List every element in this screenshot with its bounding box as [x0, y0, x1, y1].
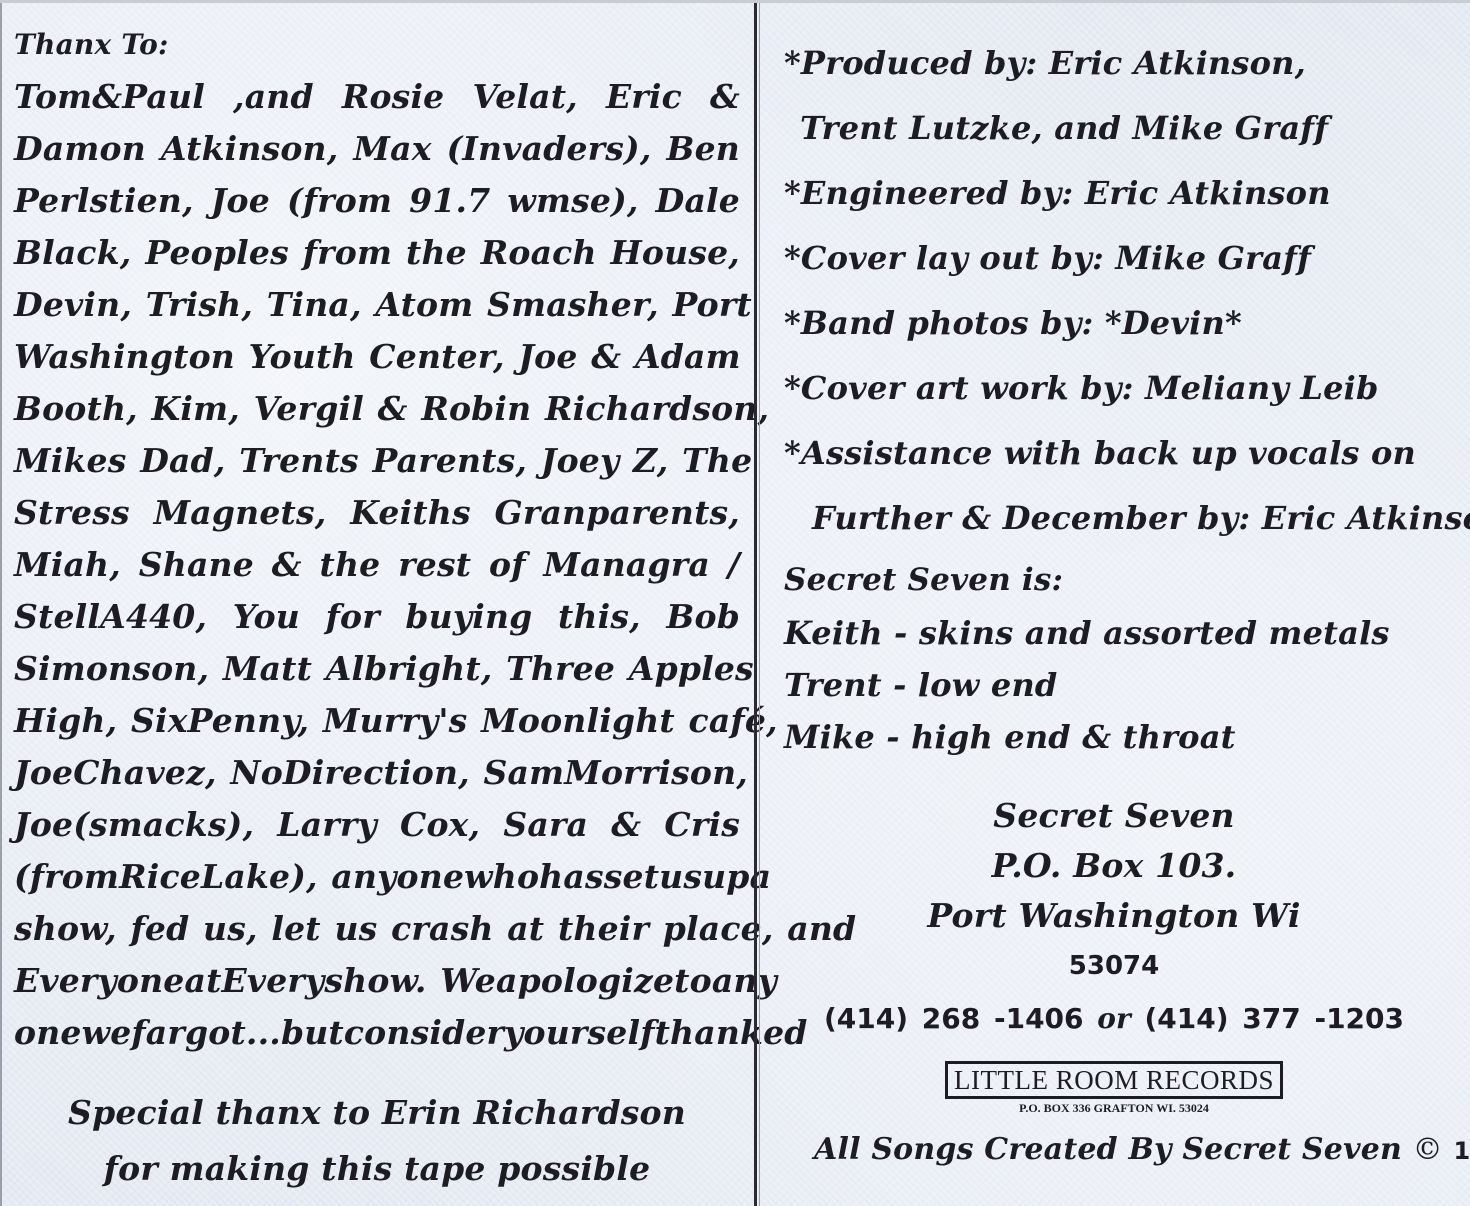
contact-zip: 53074	[784, 941, 1444, 991]
thanks-line: Devin, Trish, Tina, Atom Smasher, Port	[14, 279, 740, 331]
thanks-line: JoeChavez, NoDirection, SamMorrison,	[14, 747, 740, 799]
band-member: Trent - low end	[784, 659, 1470, 711]
thanks-line: Booth, Kim, Vergil & Robin Richardson,	[14, 383, 740, 435]
credit-text: *Engineered by: Eric Atkinson	[784, 174, 1331, 212]
phone-separator: or	[1097, 1002, 1130, 1035]
thanks-line: StellA440, You for buying this, Bob	[14, 591, 740, 643]
phone-number-2: (414) 377 -1203	[1144, 1002, 1404, 1035]
thanks-line: Washington Youth Center, Joe & Adam	[14, 331, 740, 383]
thanks-line: Simonson, Matt Albright, Three Apples	[14, 643, 740, 695]
special-thanks-line-1: Special thanx to Erin Richardson	[14, 1085, 740, 1141]
special-thanks: Special thanx to Erin Richardson for mak…	[14, 1085, 740, 1197]
credit-text-continued: Trent Lutzke, and Mike Graff	[784, 96, 1470, 161]
record-label-logo: LITTLE ROOM RECORDS	[945, 1061, 1283, 1099]
thanks-line: Perlstien, Joe (from 91.7 wmse), Dale	[14, 175, 740, 227]
thanks-line: Tom&Paul ,and Rosie Velat, Eric &	[14, 71, 740, 123]
thanks-line: Joe(smacks), Larry Cox, Sara & Cris	[14, 799, 740, 851]
thanks-line: onewefargot...butconsideryourselfthanked	[14, 1007, 740, 1059]
contact-po-box: P.O. Box 103.	[784, 841, 1444, 891]
thanks-line: Miah, Shane & the rest of Managra /	[14, 539, 740, 591]
credit-backup-vocals: *Assistance with back up vocals on Furth…	[784, 421, 1470, 551]
special-thanks-line-2: for making this tape possible	[14, 1141, 740, 1197]
credit-text: *Assistance with back up vocals on	[784, 434, 1416, 472]
credit-engineered: *Engineered by: Eric Atkinson	[784, 161, 1470, 226]
credits-list: *Produced by: Eric Atkinson, Trent Lutzk…	[784, 31, 1470, 551]
cassette-insert: Thanx To: Tom&Paul ,and Rosie Velat, Eri…	[0, 0, 1470, 1206]
credit-text: *Produced by: Eric Atkinson,	[784, 44, 1306, 82]
thanks-line: show, fed us, let us crash at their plac…	[14, 903, 740, 955]
credit-text: *Cover art work by: Meliany Leib	[784, 369, 1379, 407]
band-member: Mike - high end & throat	[784, 711, 1470, 763]
band-heading: Secret Seven is:	[784, 553, 1470, 607]
thanks-line: Mikes Dad, Trents Parents, Joey Z, The	[14, 435, 740, 487]
copyright-text: All Songs Created By Secret Seven	[814, 1132, 1402, 1167]
thanks-line: Damon Atkinson, Max (Invaders), Ben	[14, 123, 740, 175]
copyright-icon: ©	[1413, 1132, 1443, 1167]
credit-text: *Band photos by: *Devin*	[784, 304, 1242, 342]
band-member: Keith - skins and assorted metals	[784, 607, 1470, 659]
thanks-line: Black, Peoples from the Roach House,	[14, 227, 740, 279]
contact-address: Secret Seven P.O. Box 103. Port Washingt…	[784, 791, 1444, 1117]
contact-phones: (414) 268 -1406 or (414) 377 -1203	[784, 991, 1444, 1047]
credits-panel: *Produced by: Eric Atkinson, Trent Lutzk…	[762, 3, 1470, 1206]
credit-produced: *Produced by: Eric Atkinson, Trent Lutzk…	[784, 31, 1470, 161]
fold-divider	[754, 3, 760, 1206]
thanks-heading: Thanx To:	[14, 23, 740, 67]
thanks-line: High, SixPenny, Murry's Moonlight café,	[14, 695, 740, 747]
credit-text: *Cover lay out by: Mike Graff	[784, 239, 1311, 277]
record-label: LITTLE ROOM RECORDS P.O. BOX 336 GRAFTON…	[921, 1061, 1307, 1117]
thanks-line: EveryoneatEveryshow. Weapologizetoany	[14, 955, 740, 1007]
thanks-line: Stress Magnets, Keiths Granparents,	[14, 487, 740, 539]
contact-city: Port Washington Wi	[784, 891, 1444, 941]
record-label-address: P.O. BOX 336 GRAFTON WI. 53024	[921, 1099, 1307, 1117]
thanks-line: (fromRiceLake), anyonewhohassetusupa	[14, 851, 740, 903]
phone-number-1: (414) 268 -1406	[824, 1002, 1084, 1035]
thanks-list: Tom&Paul ,and Rosie Velat, Eric & Damon …	[14, 71, 740, 1059]
contact-name: Secret Seven	[784, 791, 1444, 841]
copyright-notice: All Songs Created By Secret Seven © 1997	[784, 1123, 1470, 1178]
credit-cover-layout: *Cover lay out by: Mike Graff	[784, 226, 1470, 291]
thanks-panel: Thanx To: Tom&Paul ,and Rosie Velat, Eri…	[0, 3, 754, 1206]
credit-text-continued: Further & December by: Eric Atkinson	[784, 486, 1470, 551]
copyright-year: 1997	[1454, 1137, 1470, 1165]
credit-band-photos: *Band photos by: *Devin*	[784, 291, 1470, 356]
credit-cover-art: *Cover art work by: Meliany Leib	[784, 356, 1470, 421]
